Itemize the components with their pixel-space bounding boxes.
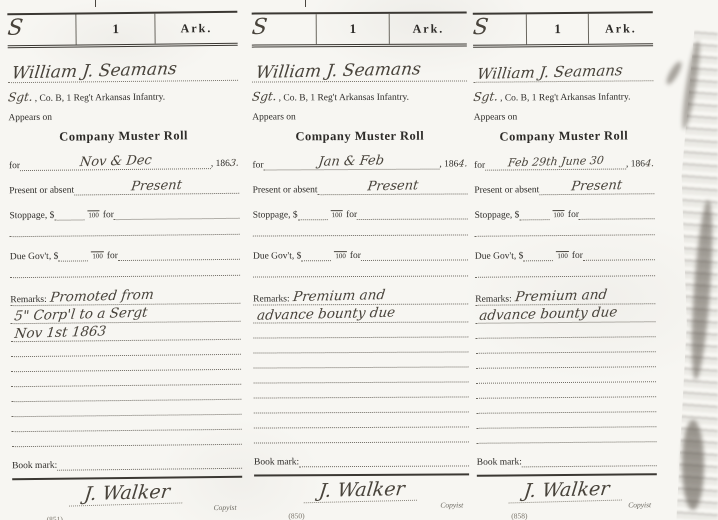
for-leader: Nov & Dec [20, 155, 211, 171]
ruled-line [476, 367, 656, 384]
stoppage-cents: 100 [87, 210, 100, 219]
rank-handwritten: Sgt. [473, 89, 499, 104]
ruled-line [10, 263, 240, 278]
stoppage-row: Stoppage, $ 100 for [474, 203, 654, 221]
remarks-line: 5" Corp'l to a Sergt [10, 304, 240, 324]
scan-smudge [688, 200, 717, 381]
muster-roll-title: Company Muster Roll [9, 128, 239, 145]
ruled-line [253, 352, 468, 368]
card-print-number: (851) [13, 513, 243, 520]
stoppage-amount-line [54, 219, 84, 220]
stoppage-label: Stoppage, $ [253, 210, 298, 220]
due-cents: 100 [334, 251, 347, 260]
year-printed: , 186 [626, 159, 645, 169]
remarks-line: Nov 1st 1863 [11, 322, 241, 342]
signature-rule [12, 476, 242, 480]
appears-on-label: Appears on [252, 111, 467, 122]
remarks-text: 5" Corp'l to a Sergt [13, 305, 148, 325]
due-reason-line [118, 259, 240, 261]
ruled-line [476, 322, 656, 339]
due-reason-line [583, 259, 655, 261]
stoppage-for: for [346, 210, 357, 220]
signature-rule [254, 473, 469, 476]
present-row: Present or absent Present [253, 176, 468, 195]
soldier-name-row: William J. Seamans [252, 50, 467, 82]
ruled-line [254, 397, 469, 413]
present-leader: Present [539, 180, 654, 195]
present-label: Present or absent [253, 185, 318, 195]
stoppage-label: Stoppage, $ [475, 210, 520, 220]
ruled-line [476, 382, 656, 399]
muster-card-2: S 1 Ark. William J. Seamans Sgt. , Co. B… [252, 11, 470, 520]
muster-card-1: S 1 Ark. William J. Seamans Sgt. , Co. B… [7, 11, 242, 520]
ruled-line [476, 412, 656, 429]
scan-smudge [679, 40, 703, 130]
remarks-line: Remarks: Premium and [475, 286, 655, 306]
book-mark-line [299, 465, 469, 467]
surname-initial: S [250, 14, 318, 45]
present-leader: Present [74, 180, 239, 196]
state-abbreviation: Ark. [390, 13, 467, 43]
card-print-number: (858) [477, 510, 657, 520]
soldier-name-row: William J. Seamans [473, 50, 653, 83]
regiment-number: 1 [316, 14, 391, 44]
present-label: Present or absent [474, 185, 539, 196]
due-reason-line [361, 259, 468, 261]
book-mark-line [522, 465, 657, 467]
card-header: S 1 Ark. [473, 11, 653, 48]
book-mark-label: Book mark: [12, 461, 57, 471]
scan-mark [95, 0, 96, 7]
stoppage-amount-line [519, 219, 549, 220]
present-row: Present or absent Present [474, 176, 654, 196]
due-for: for [107, 251, 118, 261]
for-label: for [252, 161, 263, 171]
appears-on-label: Appears on [8, 111, 238, 123]
present-label: Present or absent [9, 186, 74, 197]
year-printed: , 186 [439, 159, 458, 169]
ruled-line [254, 367, 469, 383]
remarks-text: advance bounty due [256, 305, 396, 324]
unit-row: Sgt. , Co. B, 1 Reg't Arkansas Infantry. [473, 88, 653, 104]
regiment-number: 1 [76, 14, 156, 45]
remarks-section: Remarks: Premium and advance bounty due [253, 286, 469, 443]
stoppage-cents: 100 [331, 210, 344, 219]
due-govt-row: Due Gov't, $ 100 for [10, 244, 240, 262]
remarks-text: Premium and [515, 287, 609, 305]
book-mark-label: Book mark: [477, 457, 522, 467]
remarks-section: Remarks: Promoted from 5" Corp'l to a Se… [10, 286, 242, 447]
ruled-line [476, 427, 656, 444]
for-value: Nov & Dec [79, 155, 152, 168]
remarks-label: Remarks: [10, 295, 47, 305]
for-label: for [474, 161, 485, 171]
remarks-line: Remarks: Premium and [253, 286, 468, 305]
stoppage-row: Stoppage, $ 100 for [253, 203, 468, 220]
scanned-muster-roll-page: { "colors": { "paper": "#f7f6f2", "ink":… [0, 0, 718, 520]
stoppage-reason-line [579, 218, 655, 220]
due-cents: 100 [91, 251, 104, 260]
scan-smudge [682, 420, 704, 510]
ruled-line [253, 222, 468, 236]
ruled-line [253, 337, 468, 353]
unit-printed: , Co. B, 1 Reg't Arkansas Infantry. [500, 92, 630, 103]
stoppage-reason-line [114, 218, 240, 220]
stoppage-label: Stoppage, $ [9, 211, 54, 221]
ruled-line [12, 430, 242, 447]
due-cents: 100 [556, 251, 569, 260]
state-abbreviation: Ark. [155, 13, 237, 44]
for-label: for [9, 161, 20, 171]
ruled-line [476, 337, 656, 354]
card-header: S 1 Ark. [7, 11, 237, 48]
copyist-signature: J. Walker [69, 480, 185, 506]
unit-printed: , Co. B, 1 Reg't Arkansas Infantry. [35, 93, 165, 104]
book-mark-row: Book mark: [12, 453, 242, 471]
state-abbreviation: Ark. [589, 13, 653, 44]
ruled-line [253, 263, 468, 277]
soldier-name: William J. Seamans [476, 61, 624, 83]
remarks-text: Promoted from [50, 287, 155, 306]
present-value: Present [571, 180, 623, 192]
ruled-line [254, 427, 469, 443]
ruled-line [253, 322, 468, 338]
for-row: for Nov & Dec , 186 3. [9, 151, 239, 171]
due-amount-line [301, 260, 331, 261]
for-leader: Feb 29th June 30 [485, 155, 626, 170]
book-mark-row: Book mark: [254, 450, 469, 467]
due-label: Due Gov't, $ [10, 252, 59, 263]
ruled-line [476, 352, 656, 369]
due-for: for [350, 251, 361, 261]
present-value: Present [131, 180, 183, 192]
ruled-line [10, 222, 240, 237]
card-print-number: (850) [254, 510, 469, 520]
for-leader: Jan & Feb [264, 156, 440, 171]
due-amount-line [523, 260, 553, 261]
stoppage-amount-line [298, 219, 328, 220]
regiment-number: 1 [526, 14, 589, 45]
year-printed: , 186 [211, 159, 230, 169]
remarks-section: Remarks: Premium and advance bounty due [475, 286, 656, 444]
due-amount-line [58, 260, 88, 261]
muster-roll-title: Company Muster Roll [252, 128, 467, 144]
unit-row: Sgt. , Co. B, 1 Reg't Arkansas Infantry. [8, 88, 238, 104]
due-for: for [572, 251, 583, 261]
ruled-line [476, 397, 656, 414]
remarks-line: Remarks: Promoted from [10, 286, 240, 306]
unit-row: Sgt. , Co. B, 1 Reg't Arkansas Infantry. [252, 88, 467, 103]
remarks-label: Remarks: [253, 294, 289, 304]
for-row: for Feb 29th June 30 , 186 4. [474, 151, 654, 171]
for-value: Jan & Feb [318, 155, 385, 167]
year-written: 3. [229, 158, 239, 169]
for-value: Feb 29th June 30 [507, 155, 604, 169]
copyist-signature: J. Walker [509, 477, 625, 503]
remarks-line: advance bounty due [253, 304, 468, 323]
stoppage-for: for [568, 210, 579, 220]
remarks-text: Nov 1st 1863 [14, 323, 107, 342]
stoppage-row: Stoppage, $ 100 for [9, 203, 239, 221]
muster-card-3: S 1 Ark. William J. Seamans Sgt. , Co. B… [473, 11, 657, 520]
book-mark-line [57, 468, 242, 471]
surname-initial: S [471, 14, 528, 45]
ruled-line [475, 222, 655, 237]
remarks-label: Remarks: [475, 294, 512, 304]
due-govt-row: Due Gov't, $ 100 for [475, 244, 655, 262]
surname-initial: S [6, 14, 78, 46]
soldier-name: William J. Seamans [11, 59, 178, 84]
for-row: for Jan & Feb , 186 4. [252, 151, 467, 170]
muster-roll-title: Company Muster Roll [474, 128, 654, 145]
stoppage-for: for [103, 210, 114, 220]
present-leader: Present [317, 180, 467, 195]
ruled-line [475, 263, 655, 278]
soldier-name: William J. Seamans [255, 59, 422, 83]
scan-edge-artifact [666, 28, 718, 520]
copyist-signature: J. Walker [304, 478, 420, 504]
scan-mark [305, 0, 306, 7]
stoppage-reason-line [357, 218, 468, 220]
stoppage-cents: 100 [552, 210, 565, 219]
scan-smudge [664, 60, 684, 87]
year-written: 4. [644, 158, 654, 169]
ruled-line [254, 382, 469, 398]
book-mark-row: Book mark: [477, 450, 657, 468]
present-value: Present [367, 180, 419, 192]
remarks-text: advance bounty due [478, 304, 618, 324]
due-label: Due Gov't, $ [253, 251, 301, 261]
signature-rule [477, 473, 657, 477]
remarks-line: advance bounty due [475, 304, 655, 324]
book-mark-label: Book mark: [254, 457, 299, 467]
present-row: Present or absent Present [9, 176, 239, 196]
unit-printed: , Co. B, 1 Reg't Arkansas Infantry. [279, 93, 409, 104]
due-label: Due Gov't, $ [475, 251, 524, 261]
ruled-line [254, 412, 469, 428]
year-written: 4. [458, 158, 468, 169]
card-header: S 1 Ark. [252, 11, 467, 47]
rank-handwritten: Sgt. [251, 89, 277, 104]
rank-handwritten: Sgt. [7, 90, 33, 105]
remarks-text: Premium and [293, 287, 387, 305]
appears-on-label: Appears on [474, 111, 654, 123]
due-govt-row: Due Gov't, $ 100 for [253, 244, 468, 261]
soldier-name-row: William J. Seamans [8, 50, 238, 83]
